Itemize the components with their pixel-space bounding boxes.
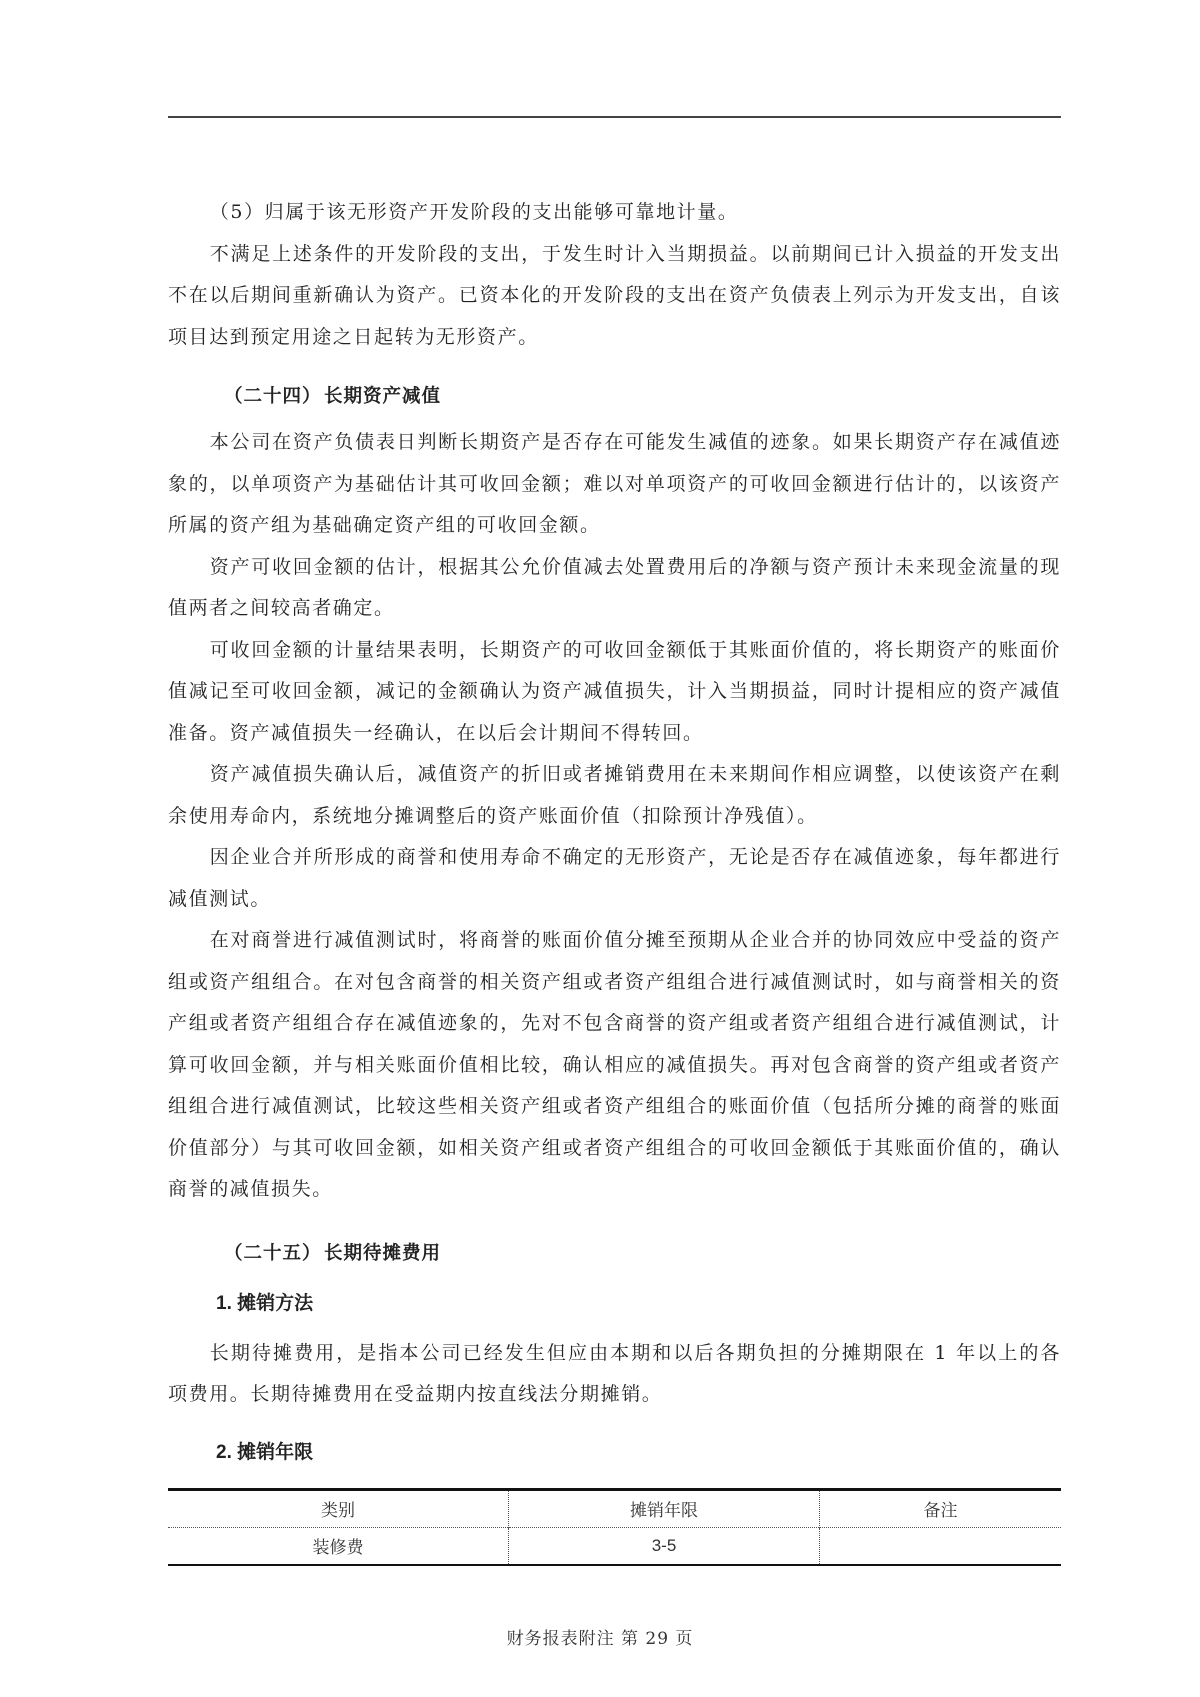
paragraph: 本公司在资产负债表日判断长期资产是否存在可能发生减值的迹象。如果长期资产存在减值… xyxy=(168,422,1061,547)
header-rule xyxy=(168,116,1061,118)
subsection-heading-amortization-period: 2. 摊销年限 xyxy=(168,1438,1061,1468)
table-header-row: 类别 摊销年限 备注 xyxy=(168,1489,1061,1527)
paragraph: 可收回金额的计量结果表明，长期资产的可收回金额低于其账面价值的，将长期资产的账面… xyxy=(168,630,1061,755)
paragraph: 长期待摊费用，是指本公司已经发生但应由本期和以后各期负担的分摊期限在 1 年以上… xyxy=(168,1333,1061,1416)
section-heading-24: （二十四）长期资产减值 xyxy=(168,382,1061,412)
section-number: （二十五） xyxy=(224,1239,324,1269)
section-heading-25: （二十五）长期待摊费用 xyxy=(168,1239,1061,1269)
paragraph: 资产可收回金额的估计，根据其公允价值减去处置费用后的净额与资产预计未来现金流量的… xyxy=(168,547,1061,630)
section-title: 长期待摊费用 xyxy=(324,1243,441,1264)
cell-period: 3-5 xyxy=(509,1527,820,1565)
column-header-period: 摊销年限 xyxy=(509,1489,820,1527)
page-footer: 财务报表附注 第 29 页 xyxy=(0,1624,1200,1649)
table-row: 装修费 3-5 xyxy=(168,1527,1061,1565)
document-page: （5）归属于该无形资产开发阶段的支出能够可靠地计量。 不满足上述条件的开发阶段的… xyxy=(0,0,1200,1697)
paragraph: 不满足上述条件的开发阶段的支出，于发生时计入当期损益。以前期间已计入损益的开发支… xyxy=(168,234,1061,359)
subsection-heading-amortization-method: 1. 摊销方法 xyxy=(168,1289,1061,1319)
paragraph: （5）归属于该无形资产开发阶段的支出能够可靠地计量。 xyxy=(168,192,1061,234)
column-header-remarks: 备注 xyxy=(820,1489,1062,1527)
cell-category: 装修费 xyxy=(168,1527,509,1565)
section-title: 长期资产减值 xyxy=(324,386,441,407)
section-number: （二十四） xyxy=(224,382,324,412)
paragraph: 因企业合并所形成的商誉和使用寿命不确定的无形资产，无论是否存在减值迹象，每年都进… xyxy=(168,837,1061,920)
amortization-table: 类别 摊销年限 备注 装修费 3-5 xyxy=(168,1488,1061,1566)
paragraph: 在对商誉进行减值测试时，将商誉的账面价值分摊至预期从企业合并的协同效应中受益的资… xyxy=(168,920,1061,1211)
cell-remarks xyxy=(820,1527,1062,1565)
page-content: （5）归属于该无形资产开发阶段的支出能够可靠地计量。 不满足上述条件的开发阶段的… xyxy=(168,192,1061,1566)
column-header-category: 类别 xyxy=(168,1489,509,1527)
paragraph: 资产减值损失确认后，减值资产的折旧或者摊销费用在未来期间作相应调整，以使该资产在… xyxy=(168,754,1061,837)
